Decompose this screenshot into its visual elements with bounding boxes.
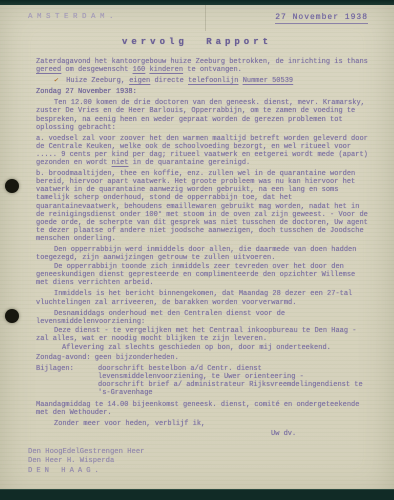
attachments: Bijlagen:doorschrift bestelbon a/d Centr… <box>36 365 370 397</box>
paragraph-aflevering: Aflevering zal slechts geschieden op bon… <box>36 344 370 352</box>
paragraph-item-b: b. broodmaaltijden, thee en koffie, enz.… <box>36 170 370 243</box>
paragraph-zondag-datum: Zondag 27 November 1938: <box>36 88 370 96</box>
scanned-report-page: AMSTERDAM. 27 November 1938 vervolg Rapp… <box>0 0 394 500</box>
date-label: 27 November 1938 <box>275 13 368 24</box>
paragraph-desnamiddags: Desnamiddags onderhoud met den Centralen… <box>36 310 370 326</box>
recipient-honorific: Den HoogEdelGestrengen Heer <box>28 448 394 457</box>
attachments-list: doorschrift bestelbon a/d Centr. dienst … <box>98 365 366 397</box>
paper-crease <box>205 5 206 31</box>
paragraph-intro: Zaterdagavond het kantoorgebouw huize Ze… <box>36 58 370 74</box>
attachment-item: doorschrift brief a/ administrateur Rijk… <box>98 381 366 397</box>
report-title: vervolg Rapport <box>0 37 394 47</box>
hole-punch-top <box>5 179 19 193</box>
recipient-name: Den Heer H. Wisperda <box>28 457 394 466</box>
document-body: Zaterdagavond het kantoorgebouw huize Ze… <box>0 58 394 438</box>
paragraph-ten-12: Ten 12.00 komen de drie doctoren van den… <box>36 99 370 131</box>
hole-punch-bottom <box>5 309 19 323</box>
paragraph-deze-dienst: Deze dienst - te vergelijken met het Cen… <box>36 327 370 343</box>
paragraph-zondag-avond: Zondag-avond: geen bijzonderheden. <box>36 354 370 362</box>
checkmark-annotation: ✓ <box>53 77 59 86</box>
paragraph-signoff: Uw dv. <box>271 430 370 438</box>
scanner-edge-bottom <box>0 489 394 500</box>
recipient-city: DEN HAAG. <box>28 467 394 476</box>
attachments-label: Bijlagen: <box>36 365 98 397</box>
paragraph-item-a: a. voedsel zal voor zoover het den warme… <box>36 135 370 167</box>
paragraph-telefoonlijn: ✓Huize Zeeburg, eigen directe telefoonli… <box>36 77 370 85</box>
paragraph-toezegging: Den opperrabbijn werd inmiddels door all… <box>36 246 370 262</box>
attachment-item: doorschrift bestelbon a/d Centr. dienst … <box>98 365 366 381</box>
recipient-block: Den HoogEdelGestrengen Heer Den Heer H. … <box>0 441 394 476</box>
city-label: AMSTERDAM. <box>28 13 118 21</box>
scanner-edge-top <box>0 0 394 5</box>
paragraph-tevreden: De opperrabbijn toonde zich inmiddels ze… <box>36 263 370 287</box>
paragraph-vluchtelingen: Inmiddels is het bericht binnengekomen, … <box>36 290 370 306</box>
paragraph-afsluiting: Zonder meer voor heden, verblijf ik, <box>36 420 370 428</box>
paragraph-maandagmiddag: Maandagmiddag te 14.00 bijeenkomst genee… <box>36 401 370 417</box>
